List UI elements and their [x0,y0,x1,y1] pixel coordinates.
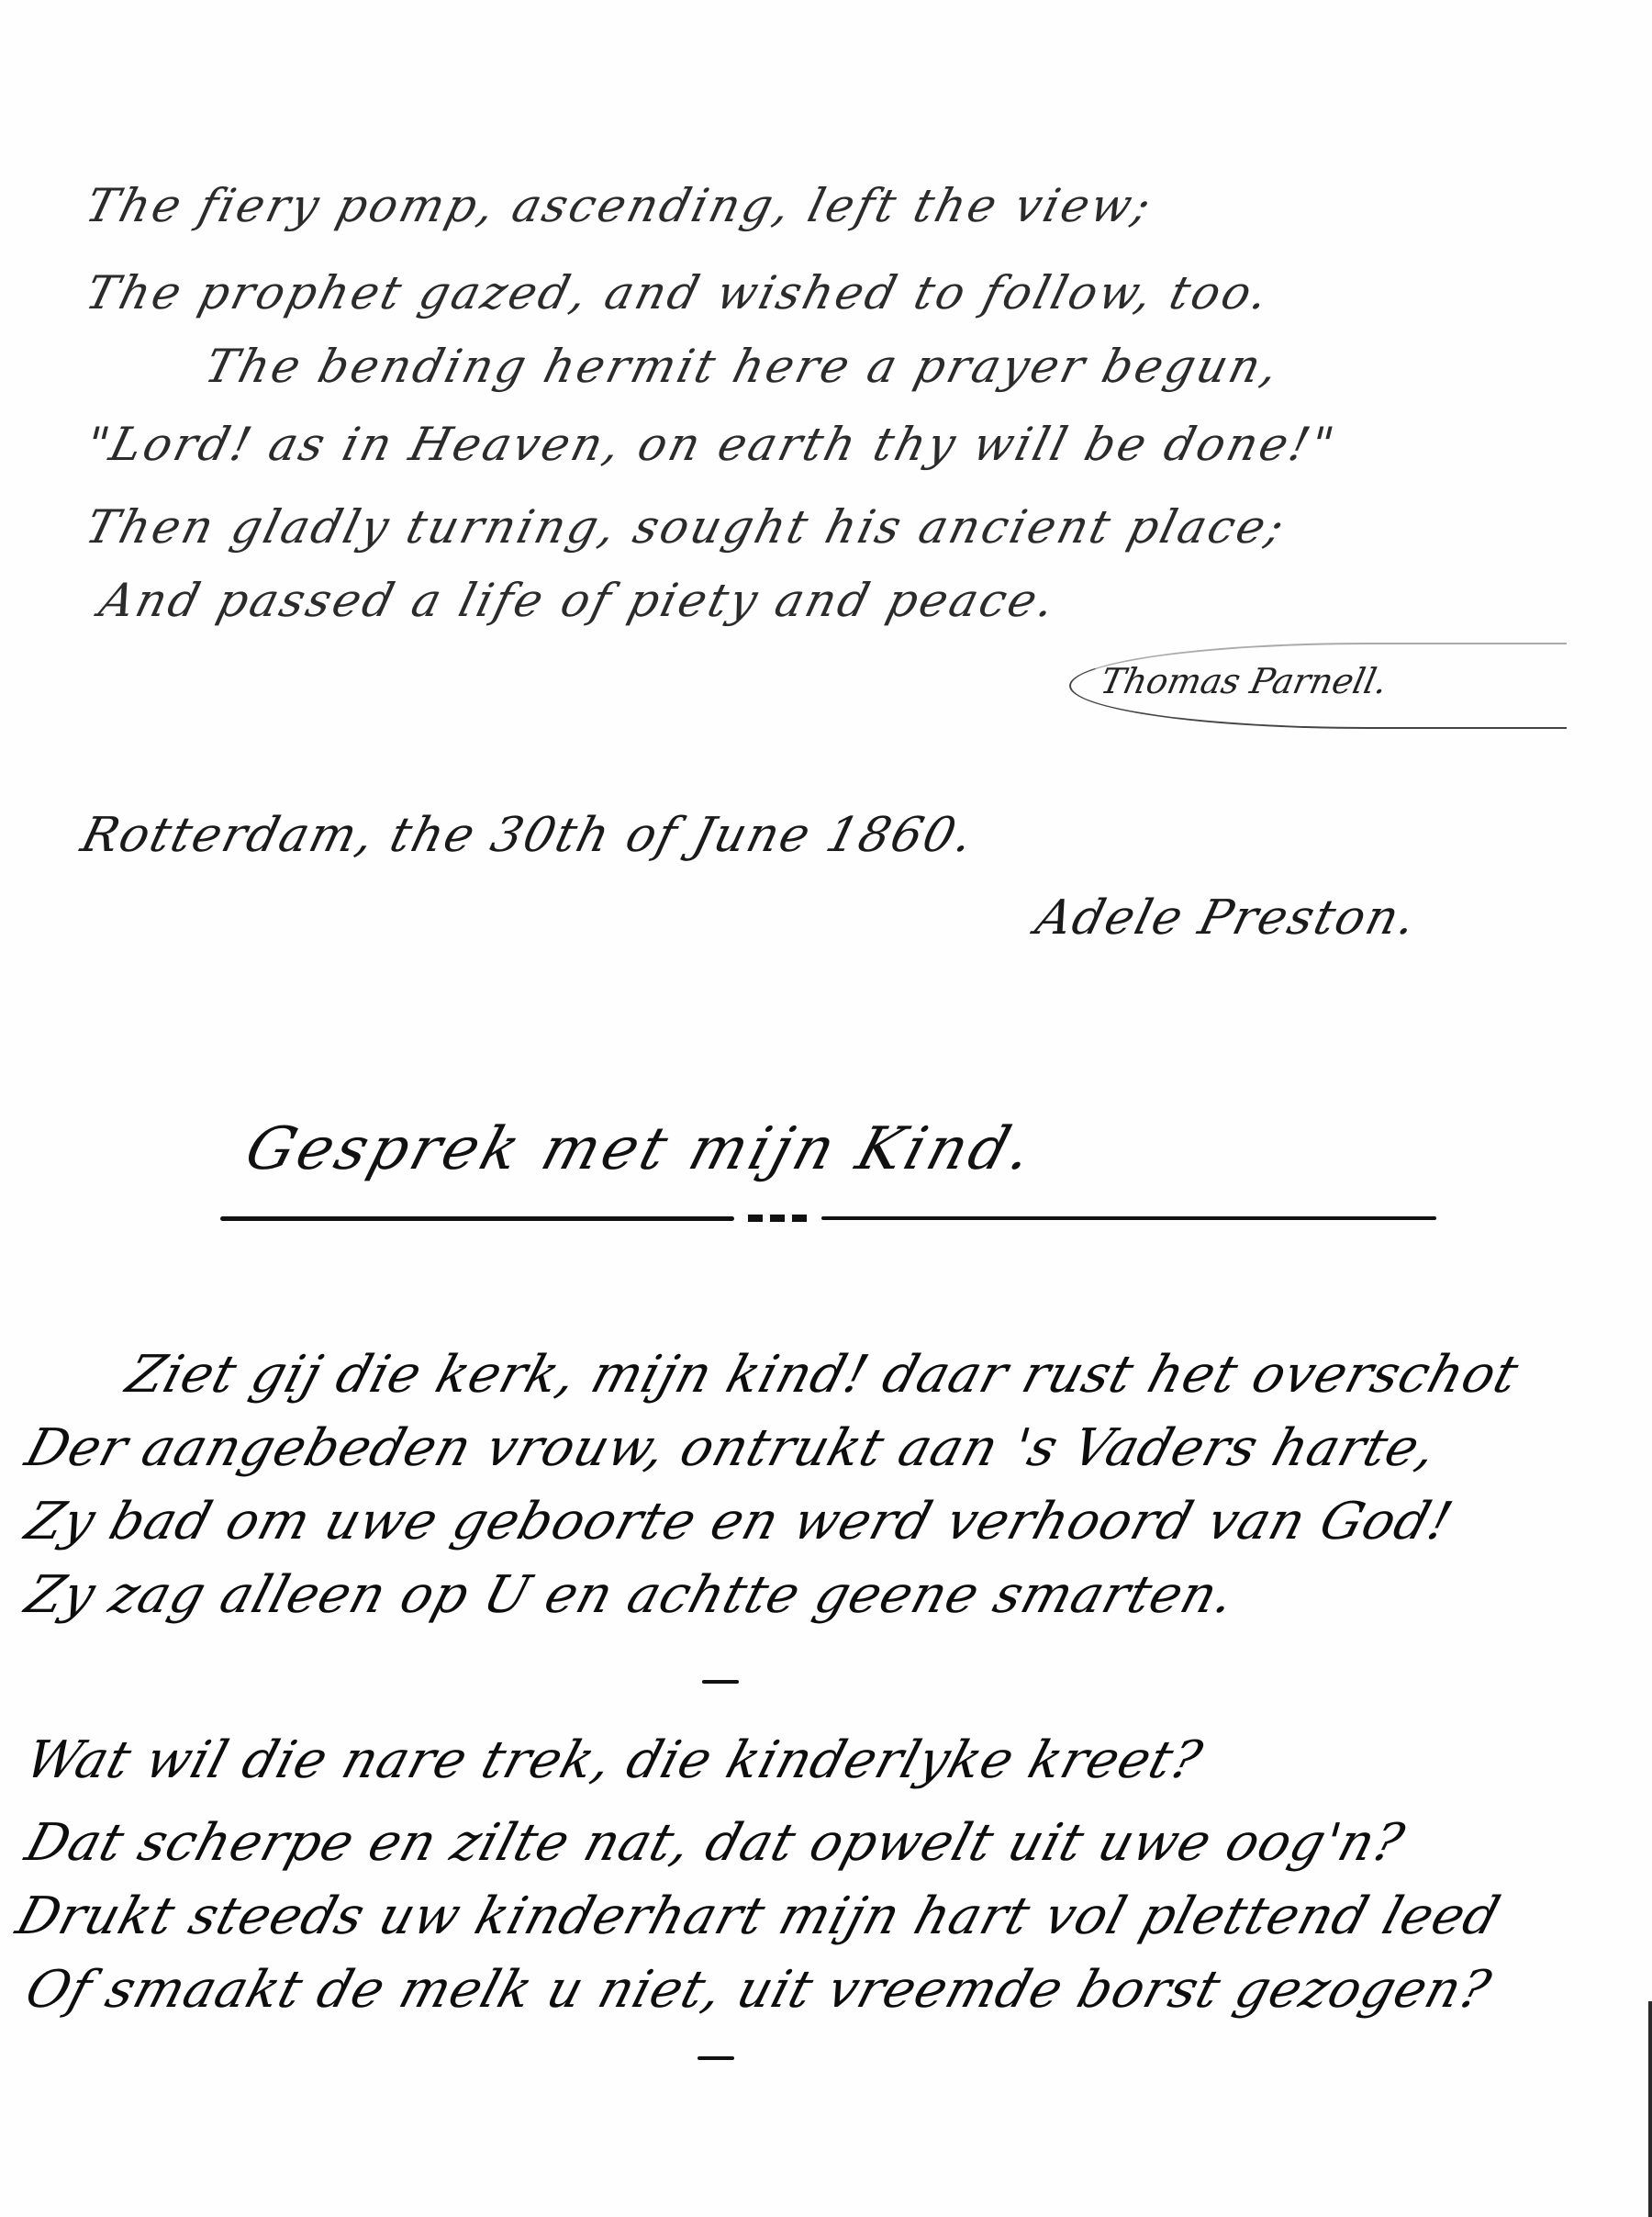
stanza-separator [702,1680,739,1684]
place-date: Rotterdam, the 30th of June 1860. [76,808,980,863]
poem-line: Ziet gij die kerk, mijn kind! daar rust … [120,1345,1525,1405]
manuscript-page: The fiery pomp, ascending, left the view… [0,0,1652,2217]
poem-line: Dat scherpe en zilte nat, dat opwelt uit… [19,1813,1412,1873]
poem-line: Wat wil die nare trek, die kinderlyke kr… [19,1730,1210,1790]
poem-attribution: Thomas Parnell. [1097,661,1390,701]
title-underline [220,1216,734,1221]
poem-line: Then gladly turning, sought his ancient … [81,500,1292,554]
poem-title: Gesprek met mijn Kind. [238,1115,1044,1183]
author-signature: Adele Preston. [1031,890,1423,946]
poem-line: Drukt steeds uw kinderhart mijn hart vol… [10,1887,1507,1946]
poem-line: The fiery pomp, ascending, left the view… [81,179,1159,232]
poem-line: Zy zag alleen op U en achtte geene smart… [19,1565,1243,1625]
poem-line: And passed a life of piety and peace. [95,574,1063,627]
page-edge [1648,2001,1652,2217]
title-underline [821,1216,1436,1220]
stanza-separator [698,2056,734,2060]
title-underline-dots [748,1215,812,1222]
poem-line: Der aangebeden vrouw, ontrukt aan 's Vad… [19,1418,1445,1478]
poem-line: The bending hermit here a prayer begun, [200,340,1287,393]
poem-line: "Lord! as in Heaven, on earth thy will b… [81,418,1342,471]
poem-line: Of smaakt de melk u niet, uit vreemde bo… [19,1960,1498,2020]
poem-line: Zy bad om uwe geboorte en werd verhoord … [19,1492,1460,1551]
poem-line: The prophet gazed, and wished to follow,… [81,266,1277,319]
